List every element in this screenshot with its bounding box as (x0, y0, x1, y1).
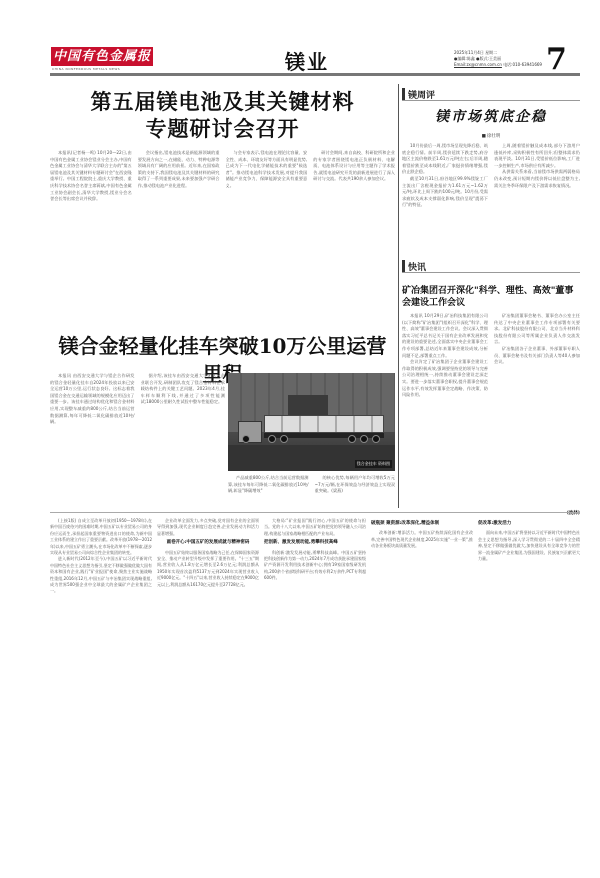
article1-paragraph: 与会专家表示,镁电池在理论比容量、安全性、成本、环境友好等方面具有明显优势,已成… (226, 150, 308, 190)
feature-column: 大格局:"矿业报国"践行初心,中国五矿的使命与担当。党的十八大以来,中国五矿始终… (264, 518, 366, 804)
article1-column: 研讨会期间,来自高校、科研院所和企业的专家学者围绕镁电池正负极材料、电解质、电池… (313, 150, 395, 328)
feature-paragraph: 改革创新:增添活力。中国五矿持续深化国有企业改革,完善中国特色现代企业制度,20… (371, 530, 473, 549)
article1-paragraph: 会议指出,镁电池技术是新能源领域的重要发展方向之一,在储能、动力、特种电源等领域… (138, 150, 220, 190)
magnesium-alloy-trailer (264, 415, 384, 433)
commentary-paragraph: 截至10月31日,府谷地区99.9%镁锭工厂主流出厂含税现金报价为1.61万元~… (402, 176, 488, 209)
article1-paragraph: 本报讯(记者杨一鸣) 10月20—22日,由中国有色金属工业协会镁业分会主办,中… (50, 150, 132, 203)
feature-paragraph: 面向未来,中国五矿将坚持以习近平新时代中国特色社会主义思想为指导,深入学习贯彻党… (478, 530, 580, 562)
kicker-bar (402, 88, 405, 100)
feature-column: (上接1版) 自成立至改革开放初(1950—1978年),在新中国百废待兴的困难… (50, 518, 152, 804)
article2-body: 本报讯 由西安交通大学与镁企合作研发的镁合金轻量化挂车自2024年投放以来已安全… (50, 373, 225, 509)
issue-info: 2025年11月4日 星期二 ●编辑:陈鑫 ●版式:王美丽 Email:zx@c… (454, 50, 542, 68)
feature-paragraph: 进入新时代(2012年至今),中国五矿以习近平新时代中国特色社会主义思想为指引,… (50, 556, 152, 594)
brief-column: 矿冶集团董事会秘书、董事会办公室主任传达了中央企业董事会工作专项部署有关要求。北… (494, 313, 580, 513)
page-number: 7 (546, 42, 567, 77)
article2-paragraph: 产品减重800公斤,结合当前运营数据测算,该挂车每年可降低二氧化碳排放近10吨/… (228, 475, 309, 495)
feature-paragraph: (上接1版) 自成立至改革开放初(1950—1978年),在新中国百废待兴的困难… (50, 518, 152, 556)
kicker-rule (402, 272, 580, 273)
commentary-title: 镁市场筑底企稳 (402, 106, 580, 126)
wheel (268, 435, 276, 443)
article1-paragraph: 研讨会期间,来自高校、科研院所和企业的专家学者围绕镁电池正负极材料、电解质、电池… (313, 150, 395, 183)
newspaper-logo-subtitle: CHINA NONFERROUS METALS NEWS (52, 67, 152, 71)
brief-body: 本报讯 10月29日,矿冶科技集团有限公司(以下简称"矿冶集团")组织召开深化"… (402, 313, 580, 513)
commentary-paragraph: 从供需关系来看,当前镁市场供需两弱格局仍未改变,预计短期内镁价将以低位盘整为主,… (494, 169, 580, 189)
article2-column: 产品减重800公斤,结合当前运营数据测算,该挂车每年可降低二氧化碳排放近10吨/… (228, 475, 309, 509)
kicker-bar (402, 260, 405, 272)
kicker-label: 快讯 (408, 260, 426, 273)
commentary-body: 10月份最后一周,镁市场呈现先降后稳、筑底企稳行情。前半周,镁价延续下跌走势,府… (402, 143, 580, 247)
article2-column: 的核心优势,每辆用户年均可增收5万元~7万元/辆,在环保效益与经济效益上实现双重… (315, 475, 396, 509)
wheel (372, 435, 380, 443)
article2-column: 本报讯 由西安交通大学与镁企合作研发的镁合金轻量化挂车自2024年投放以来已安全… (50, 373, 135, 509)
wheel (280, 435, 288, 443)
newspaper-logo: 中国有色金属报 (51, 47, 153, 66)
section-divider (50, 512, 580, 513)
feature-paragraph: 中国五矿始终以服务国家战略为己任,在保障国家资源安全、推动产业转型升级中发挥了重… (157, 550, 259, 588)
brief-paragraph: 矿冶集团董事会秘书、董事会办公室主任传达了中央企业董事会工作专项部署有关要求。北… (494, 313, 580, 346)
feature-paragraph: 大格局:"矿业报国"践行初心,中国五矿的使命与担当。党的十八大以来,中国五矿始终… (264, 518, 366, 537)
article2-paragraph: 本报讯 由西安交通大学与镁企合作研发的镁合金轻量化挂车自2024年投放以来已安全… (50, 373, 135, 426)
brief-paragraph: 本报讯 10月29日,矿冶科技集团有限公司(以下简称"矿冶集团")组织召开深化"… (402, 313, 488, 359)
feature-paragraph: 科创新:激发发展动能,勇攀科技高峰。中国五矿坚持把科技创新作为第一动力,2024… (264, 550, 366, 582)
newspaper-page: 中国有色金属报 CHINA NONFERROUS METALS NEWS 镁业 … (50, 0, 580, 878)
feature-column: 破瓶颈 聚资源:改革深化,精益体制 改革创新:增添活力。中国五矿持续深化国有企业… (371, 518, 473, 804)
feature-subhead: 画卷开心:中国五矿的发展成就与精神密码 (157, 540, 259, 546)
article2-photo-text: 产品减重800公斤,结合当前运营数据测算,该挂车每年可降低二氧化碳排放近10吨/… (228, 475, 395, 509)
article1-column: 会议指出,镁电池技术是新能源领域的重要发展方向之一,在储能、动力、特种电源等领域… (138, 150, 220, 328)
wheel (360, 435, 368, 443)
article1-column: 与会专家表示,镁电池在理论比容量、安全性、成本、环境友好等方面具有明显优势,已成… (226, 150, 308, 328)
article1-headline-line1: 第五届镁电池及其关键材料 (50, 88, 395, 115)
photo-credit: 镁合金挂车 资料图 (355, 460, 392, 468)
article1-headline-line2: 专题研讨会召开 (50, 115, 395, 142)
commentary-byline: 徐壮明 (402, 133, 580, 139)
brief-paragraph: 会议肯定了矿冶集团子企业董事会建设工作取得的积极成效,强调要坚持党的领导与完善公… (402, 359, 488, 399)
commentary-paragraph: 10月份最后一周,镁市场呈现先降后稳、筑底企稳行情。前半周,镁价延续下跌走势,府… (402, 143, 488, 176)
article1-body: 本报讯(记者杨一鸣) 10月20—22日,由中国有色金属工业协会镁业分会主办,中… (50, 150, 395, 328)
kicker-rule (402, 100, 580, 101)
feature-subhead: 破瓶颈 聚资源:改革深化,精益体制 (371, 521, 473, 527)
wheel (348, 435, 356, 443)
brief-paragraph: 矿冶集团各子企业董事、外部董事专职人员、董事会秘书及有关部门负责人等40人参加会… (494, 346, 580, 366)
commentary-paragraph: 上周,随着镁价触及成本线,部分下游用户逢低补库,采购积极性有所回升;但整体需求仍… (494, 143, 580, 169)
article2-column: 据介绍,该挂车由西安交通大学团队与企业联合开发,研制团队攻克了镁合金材料在承载结… (141, 373, 226, 509)
section-title: 镁业 (285, 46, 329, 75)
brief-headline: 矿冶集团召开深化"科学、理性、高效"董事会建设工作会议 (402, 285, 580, 309)
truck-photo: 镁合金挂车 资料图 (228, 373, 395, 471)
column-divider (398, 84, 399, 508)
masthead: 中国有色金属报 CHINA NONFERROUS METALS NEWS 镁业 … (50, 44, 580, 76)
feature-column: 企业改革全面发力,多点突破,党对国有企业的全面领导得到加强,现代企业制度日趋完善… (157, 518, 259, 804)
wheel (242, 435, 250, 443)
contact-email-link[interactable]: Email:zx@cnmn.com.cn (454, 62, 502, 67)
feature-paragraph: 企业改革全面发力,多点突破,党对国有企业的全面领导得到加强,现代企业制度日趋完善… (157, 518, 259, 537)
brief-source: (沈林) (567, 510, 580, 516)
bottom-feature-body: (上接1版) 自成立至改革开放初(1950—1978年),在新中国百废待兴的困难… (50, 518, 580, 804)
feature-subhead: 促改革:激发活力 (478, 521, 580, 527)
article2-paragraph: 的核心优势,每辆用户年均可增收5万元~7万元/辆,在环保效益与经济效益上实现双重… (315, 475, 396, 495)
kicker-label: 镁周评 (408, 88, 435, 101)
commentary-column: 上周,随着镁价触及成本线,部分下游用户逢低补库,采购积极性有所回升;但整体需求仍… (494, 143, 580, 247)
contact-phone: 电话:010-63941669 (503, 62, 542, 67)
article2-paragraph: 据介绍,该挂车由西安交通大学团队与企业联合开发,研制团队攻克了镁合金材料在承载结… (141, 373, 226, 406)
brief-column: 本报讯 10月29日,矿冶科技集团有限公司(以下简称"矿冶集团")组织召开深化"… (402, 313, 488, 513)
article1-column: 本报讯(记者杨一鸣) 10月20—22日,由中国有色金属工业协会镁业分会主办,中… (50, 150, 132, 328)
feature-subhead: 把创新、激发发展动能,勇攀科技高峰 (264, 540, 366, 546)
article1-headline: 第五届镁电池及其关键材料 专题研讨会召开 (50, 88, 395, 142)
commentary-column: 10月份最后一周,镁市场呈现先降后稳、筑底企稳行情。前半周,镁价延续下跌走势,府… (402, 143, 488, 247)
commentary-kicker: 镁周评 (402, 88, 435, 100)
feature-column: 促改革:激发活力 面向未来,中国五矿将坚持以习近平新时代中国特色社会主义思想为指… (478, 518, 580, 804)
brief-kicker: 快讯 (402, 260, 426, 272)
masthead-divider (50, 73, 580, 76)
